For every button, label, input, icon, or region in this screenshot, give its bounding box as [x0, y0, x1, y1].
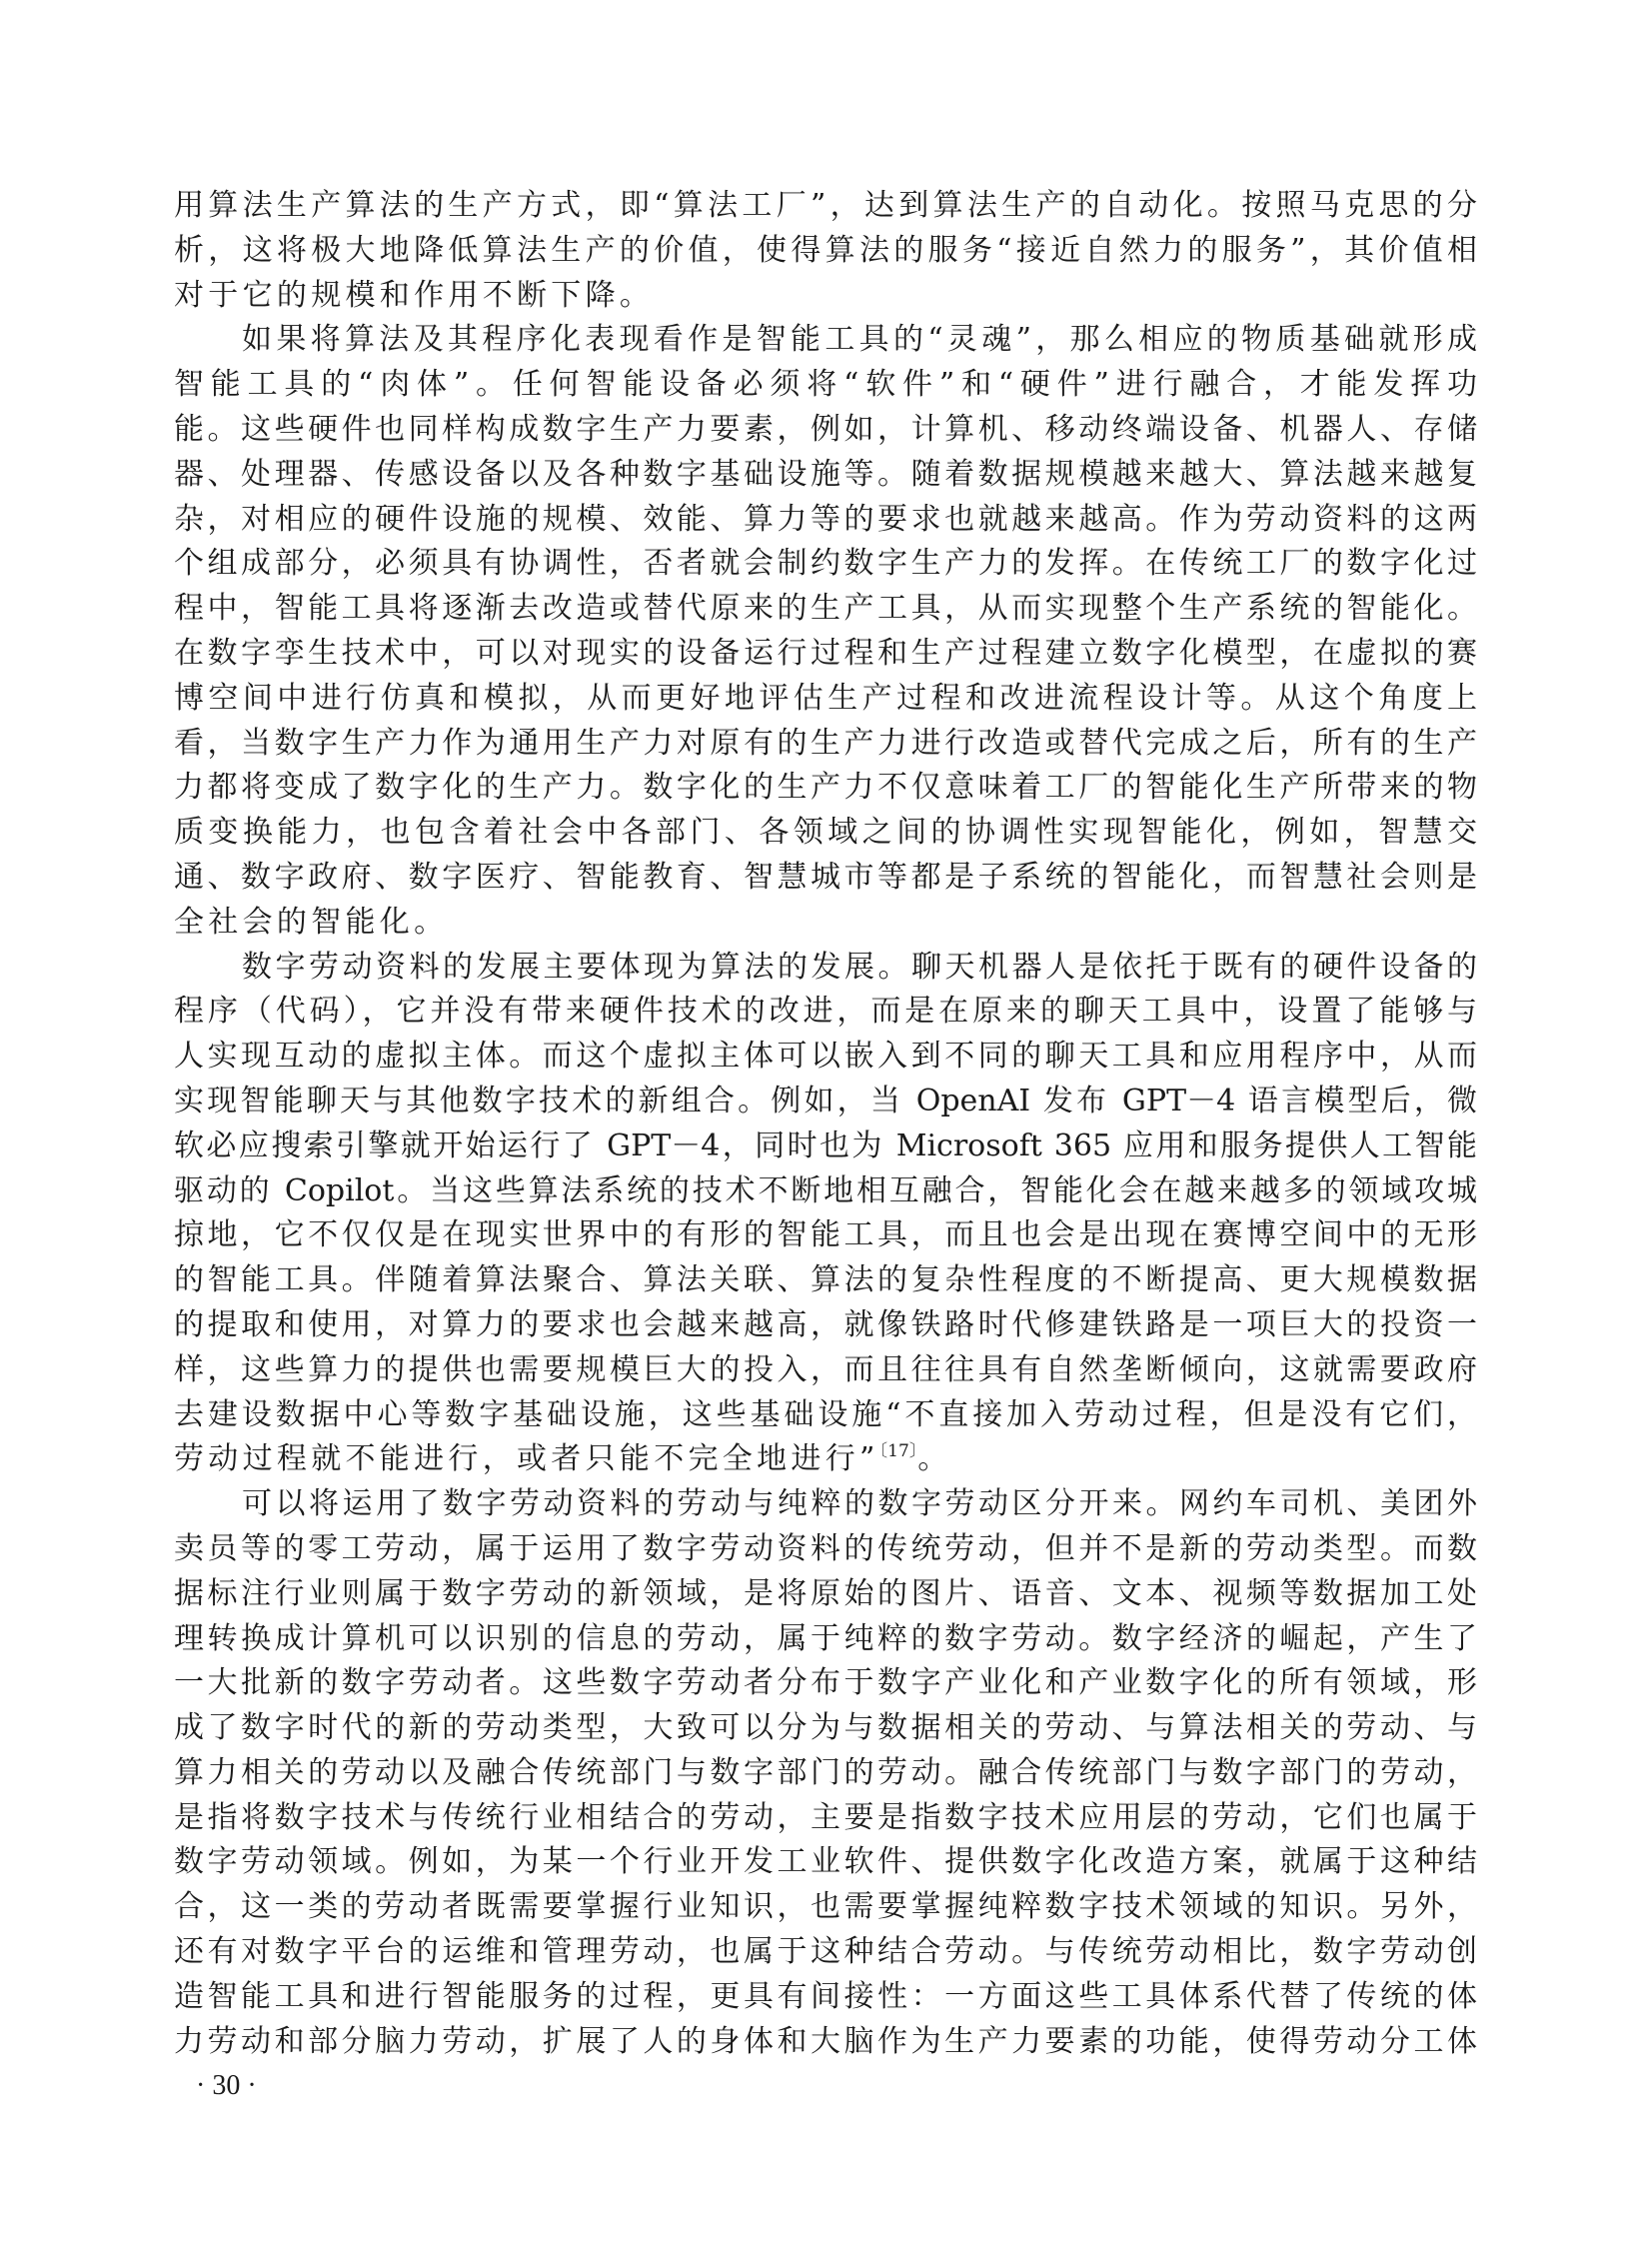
text-line: 通、数字政府、数字医疗、智能教育、智慧城市等都是子系统的智能化，而智慧社会则是: [174, 856, 1477, 901]
citation-punctuation: 。: [917, 1441, 951, 1476]
text-line: 程序（代码），它并没有带来硬件技术的改进，而是在原来的聊天工具中，设置了能够与: [174, 990, 1477, 1035]
text-line: 软必应搜索引擎就开始运行了 GPT－4，同时也为 Microsoft 365 应…: [174, 1124, 1477, 1169]
text-line: 对于它的规模和作用不断下降。: [174, 274, 1477, 319]
text-line: 人实现互动的虚拟主体。而这个虚拟主体可以嵌入到不同的聊天工具和应用程序中，从而: [174, 1035, 1477, 1080]
text-line: 在数字孪生技术中，可以对现实的设备运行过程和生产过程建立数字化模型，在虚拟的赛: [174, 632, 1477, 677]
text-line: 智能工具的“肉体”。任何智能设备必须将“软件”和“硬件”进行融合，才能发挥功: [174, 363, 1477, 408]
text-line: 个组成部分，必须具有协调性，否者就会制约数字生产力的发挥。在传统工厂的数字化过: [174, 542, 1477, 587]
text-line: 博空间中进行仿真和模拟，从而更好地评估生产过程和改进流程设计等。从这个角度上: [174, 677, 1477, 722]
text-line: 析，这将极大地降低算法生产的价值，使得算法的服务“接近自然力的服务”，其价值相: [174, 229, 1477, 274]
text-line: 去建设数据中心等数字基础设施，这些基础设施“不直接加入劳动过程，但是没有它们，: [174, 1393, 1477, 1438]
document-body: 用算法生产算法的生产方式，即“算法工厂”，达到算法生产的自动化。按照马克思的分 …: [174, 184, 1477, 2064]
text-line: 的智能工具。伴随着算法聚合、算法关联、算法的复杂性程度的不断提高、更大规模数据: [174, 1258, 1477, 1303]
text-line: 如果将算法及其程序化表现看作是智能工具的“灵魂”，那么相应的物质基础就形成: [174, 318, 1477, 363]
text-line: 样，这些算力的提供也需要规模巨大的投入，而且往往具有自然垄断倾向，这就需要政府: [174, 1348, 1477, 1393]
text-line: 实现智能聊天与其他数字技术的新组合。例如，当 OpenAI 发布 GPT－4 语…: [174, 1080, 1477, 1124]
text-line: 造智能工具和进行智能服务的过程，更具有间接性：一方面这些工具体系代替了传统的体: [174, 1975, 1477, 2020]
text-line: 程中，智能工具将逐渐去改造或替代原来的生产工具，从而实现整个生产系统的智能化。: [174, 587, 1477, 632]
text-line: 力都将变成了数字化的生产力。数字化的生产力不仅意味着工厂的智能化生产所带来的物: [174, 766, 1477, 811]
text-line: 器、处理器、传感设备以及各种数字基础设施等。随着数据规模越来越大、算法越来越复: [174, 453, 1477, 498]
text-line: 全社会的智能化。: [174, 901, 1477, 946]
paragraph-2: 如果将算法及其程序化表现看作是智能工具的“灵魂”，那么相应的物质基础就形成 智能…: [174, 318, 1477, 945]
text-line: 算力相关的劳动以及融合传统部门与数字部门的劳动。融合传统部门与数字部门的劳动，: [174, 1751, 1477, 1796]
text-line: 数字劳动资料的发展主要体现为算法的发展。聊天机器人是依托于既有的硬件设备的: [174, 946, 1477, 991]
text-line: 一大批新的数字劳动者。这些数字劳动者分布于数字产业化和产业数字化的所有领域，形: [174, 1661, 1477, 1706]
text-line: 据标注行业则属于数字劳动的新领域，是将原始的图片、语音、文本、视频等数据加工处: [174, 1572, 1477, 1617]
page-number: · 30 ·: [196, 2071, 257, 2101]
text-line: 数字劳动领域。例如，为某一个行业开发工业软件、提供数字化改造方案，就属于这种结: [174, 1840, 1477, 1885]
text-line: 驱动的 Copilot。当这些算法系统的技术不断地相互融合，智能化会在越来越多的…: [174, 1169, 1477, 1214]
paragraph-3: 数字劳动资料的发展主要体现为算法的发展。聊天机器人是依托于既有的硬件设备的 程序…: [174, 946, 1477, 1483]
text-line: 质变换能力，也包含着社会中各部门、各领域之间的协调性实现智能化，例如，智慧交: [174, 811, 1477, 856]
text-line-content: 劳动过程就不能进行，或者只能不完全地进行”: [174, 1441, 879, 1476]
paragraph-4: 可以将运用了数字劳动资料的劳动与纯粹的数字劳动区分开来。网约车司机、美团外 卖员…: [174, 1482, 1477, 2064]
citation-marker[interactable]: 〔17〕: [879, 1441, 918, 1461]
text-line: 卖员等的零工劳动，属于运用了数字劳动资料的传统劳动，但并不是新的劳动类型。而数: [174, 1527, 1477, 1572]
text-line: 合，这一类的劳动者既需要掌握行业知识，也需要掌握纯粹数字技术领域的知识。另外，: [174, 1885, 1477, 1930]
text-line: 力劳动和部分脑力劳动，扩展了人的身体和大脑作为生产力要素的功能，使得劳动分工体: [174, 2020, 1477, 2065]
text-line: 的提取和使用，对算力的要求也会越来越高，就像铁路时代修建铁路是一项巨大的投资一: [174, 1303, 1477, 1348]
text-line: 用算法生产算法的生产方式，即“算法工厂”，达到算法生产的自动化。按照马克思的分: [174, 184, 1477, 229]
text-line: 掠地，它不仅仅是在现实世界中的有形的智能工具，而且也会是出现在赛博空间中的无形: [174, 1213, 1477, 1258]
paragraph-1: 用算法生产算法的生产方式，即“算法工厂”，达到算法生产的自动化。按照马克思的分 …: [174, 184, 1477, 318]
text-line: 理转换成计算机可以识别的信息的劳动，属于纯粹的数字劳动。数字经济的崛起，产生了: [174, 1617, 1477, 1662]
text-line: 是指将数字技术与传统行业相结合的劳动，主要是指数字技术应用层的劳动，它们也属于: [174, 1796, 1477, 1841]
text-line-with-citation: 劳动过程就不能进行，或者只能不完全地进行”〔17〕。: [174, 1437, 1477, 1482]
text-line: 能。这些硬件也同样构成数字生产力要素，例如，计算机、移动终端设备、机器人、存储: [174, 408, 1477, 453]
text-line: 看，当数字生产力作为通用生产力对原有的生产力进行改造或替代完成之后，所有的生产: [174, 722, 1477, 767]
text-line: 可以将运用了数字劳动资料的劳动与纯粹的数字劳动区分开来。网约车司机、美团外: [174, 1482, 1477, 1527]
text-line: 还有对数字平台的运维和管理劳动，也属于这种结合劳动。与传统劳动相比，数字劳动创: [174, 1930, 1477, 1975]
text-line: 杂，对相应的硬件设施的规模、效能、算力等的要求也就越来越高。作为劳动资料的这两: [174, 498, 1477, 543]
text-line: 成了数字时代的新的劳动类型，大致可以分为与数据相关的劳动、与算法相关的劳动、与: [174, 1706, 1477, 1751]
